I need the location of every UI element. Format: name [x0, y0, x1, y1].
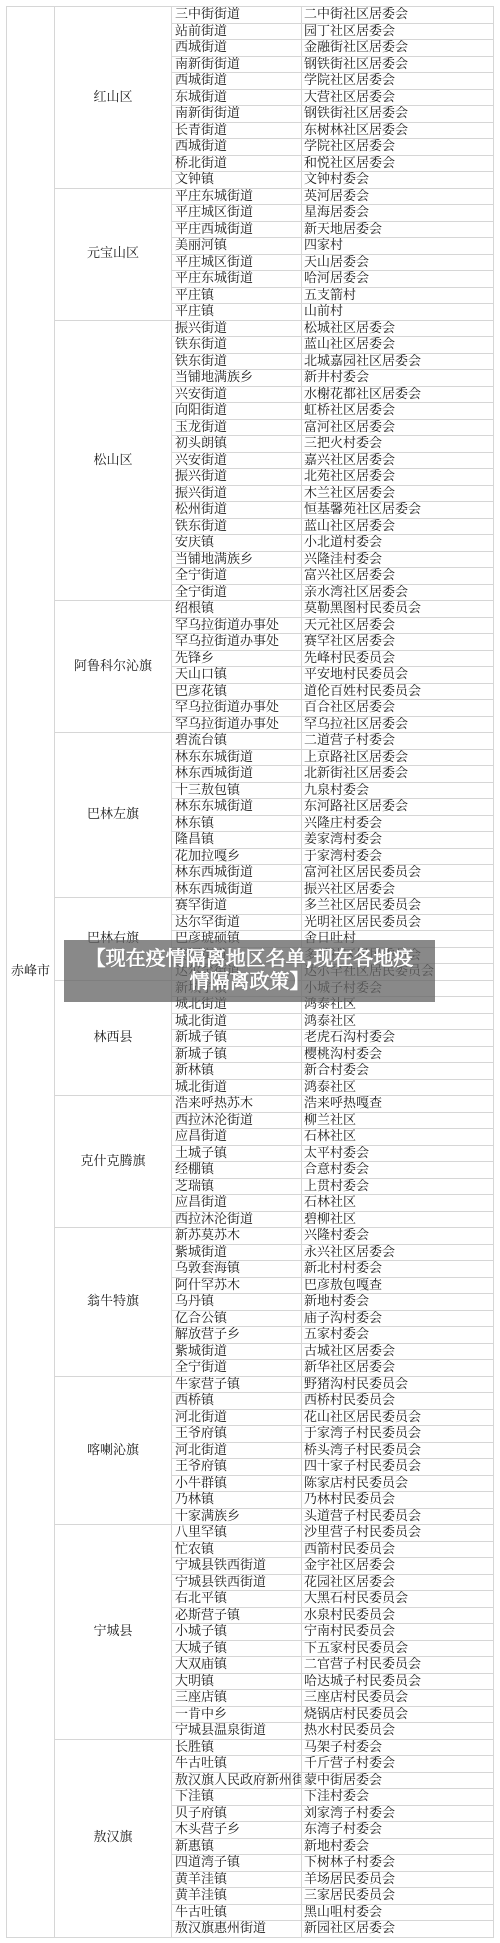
district-cell: 红山区: [55, 7, 172, 189]
street-cell: 阿什罕苏木: [172, 1278, 302, 1295]
community-cell: 天元社区居委会: [302, 618, 494, 635]
street-cell: 美丽河镇: [172, 238, 302, 255]
street-cell: 西桥镇: [172, 1393, 302, 1410]
street-cell: 东城街道: [172, 90, 302, 107]
community-cell: 樱桃沟村委会: [302, 1047, 494, 1064]
district-label: 林西县: [93, 1030, 132, 1046]
community-cell: 东树林社区居委会: [302, 123, 494, 140]
district-cell: 松山区: [55, 321, 172, 602]
street-cell: 乃林镇: [172, 1492, 302, 1509]
street-cell: 新城子镇: [172, 1047, 302, 1064]
community-cell: 兴隆洼村委会: [302, 552, 494, 569]
street-cell: 必斯营子镇: [172, 1608, 302, 1625]
street-cell: 王爷府镇: [172, 1426, 302, 1443]
street-cell: 乌丹镇: [172, 1294, 302, 1311]
community-cell: 上京路社区居委会: [302, 750, 494, 767]
community-cell: 三座店村民委员会: [302, 1690, 494, 1707]
street-cell: 西拉沐沦街道: [172, 1212, 302, 1229]
community-cell: 钢铁街社区居委会: [302, 57, 494, 74]
community-cell: 松城社区居委会: [302, 321, 494, 338]
community-cell: 碧柳社区: [302, 1212, 494, 1229]
community-cell: 石林社区: [302, 1195, 494, 1212]
banner-title-line-2: 情隔离政策】: [64, 970, 435, 993]
street-cell: 林东西城街道: [172, 766, 302, 783]
district-label: 喀喇沁旗: [87, 1443, 139, 1459]
district-label: 敖汉旗: [93, 1830, 132, 1846]
community-cell: 亲水湾社区居委会: [302, 585, 494, 602]
community-cell: 莫勒黑图村民委员会: [302, 601, 494, 618]
street-cell: 站前街道: [172, 24, 302, 41]
street-cell: 新惠镇: [172, 1839, 302, 1856]
community-cell: 平安地村民委员会: [302, 667, 494, 684]
community-cell: 二官营子村民委员会: [302, 1657, 494, 1674]
city-cell: 赤峰市: [7, 7, 55, 1938]
street-cell: 平庄东城街道: [172, 189, 302, 206]
street-cell: 宁城县铁西街道: [172, 1575, 302, 1592]
street-cell: 平庄城区街道: [172, 205, 302, 222]
street-cell: 新林镇: [172, 1063, 302, 1080]
community-cell: 沙里营子村民委员会: [302, 1525, 494, 1542]
community-cell: 兴隆庄村委会: [302, 816, 494, 833]
street-cell: 三中街街道: [172, 7, 302, 24]
street-cell: 应昌街道: [172, 1195, 302, 1212]
street-cell: 当铺地满族乡: [172, 370, 302, 387]
district-label: 松山区: [93, 453, 132, 469]
street-cell: 一肯中乡: [172, 1707, 302, 1724]
street-cell: 天山口镇: [172, 667, 302, 684]
street-cell: 长胜镇: [172, 1740, 302, 1757]
community-cell: 北苑社区居委会: [302, 469, 494, 486]
street-cell: 忙农镇: [172, 1542, 302, 1559]
street-cell: 大明镇: [172, 1674, 302, 1691]
street-cell: 四道湾子镇: [172, 1855, 302, 1872]
community-cell: 天山居委会: [302, 255, 494, 272]
street-cell: 解放营子乡: [172, 1327, 302, 1344]
community-cell: 恒基馨苑社区居委会: [302, 502, 494, 519]
community-cell: 山前村: [302, 304, 494, 321]
street-cell: 小牛群镇: [172, 1476, 302, 1493]
community-cell: 花园社区居委会: [302, 1575, 494, 1592]
street-cell: 乌敦套海镇: [172, 1261, 302, 1278]
community-cell: 道伦百姓村民委员会: [302, 684, 494, 701]
community-cell: 木兰社区居委会: [302, 486, 494, 503]
community-cell: 英河居委会: [302, 189, 494, 206]
street-cell: 平庄城区街道: [172, 255, 302, 272]
article-title-banner: 【现在疫情隔离地区名单,现在各地疫 情隔离政策】: [64, 940, 435, 1002]
community-cell: 大黑石村民委员会: [302, 1591, 494, 1608]
community-cell: 太平村委会: [302, 1146, 494, 1163]
street-cell: 宁城县温泉街道: [172, 1723, 302, 1740]
street-cell: 十三敖包镇: [172, 783, 302, 800]
street-cell: 林东西城街道: [172, 882, 302, 899]
street-cell: 平庄镇: [172, 304, 302, 321]
street-cell: 黄羊洼镇: [172, 1872, 302, 1889]
district-label: 宁城县: [93, 1624, 132, 1640]
street-cell: 十家满族乡: [172, 1509, 302, 1526]
street-cell: 紫城街道: [172, 1344, 302, 1361]
community-cell: 乃林村民委员会: [302, 1492, 494, 1509]
community-cell: 学院社区居委会: [302, 139, 494, 156]
district-cell: 巴林左旗: [55, 733, 172, 898]
district-label: 巴林左旗: [87, 807, 139, 823]
community-cell: 老虎石沟村委会: [302, 1030, 494, 1047]
community-cell: 陈家店村民委员会: [302, 1476, 494, 1493]
street-cell: 兴安街道: [172, 453, 302, 470]
street-cell: 三座店镇: [172, 1690, 302, 1707]
street-cell: 林东镇: [172, 816, 302, 833]
community-cell: 上贯村委会: [302, 1179, 494, 1196]
street-cell: 平庄镇: [172, 288, 302, 305]
community-cell: 鸿泰社区: [302, 1080, 494, 1097]
street-cell: 隆昌镇: [172, 832, 302, 849]
community-cell: 金融街社区居委会: [302, 40, 494, 57]
community-cell: 蒙中街居委会: [302, 1773, 494, 1790]
street-cell: 亿合公镇: [172, 1311, 302, 1328]
street-cell: 右北平镇: [172, 1591, 302, 1608]
district-cell: 宁城县: [55, 1525, 172, 1740]
community-cell: 羊场居民委员会: [302, 1872, 494, 1889]
street-cell: 全宁街道: [172, 1360, 302, 1377]
community-cell: 嘉兴社区居委会: [302, 453, 494, 470]
community-cell: 西桥村民委员会: [302, 1393, 494, 1410]
community-cell: 五家村委会: [302, 1327, 494, 1344]
community-cell: 古城社区居委会: [302, 1344, 494, 1361]
community-cell: 刘家湾子村委会: [302, 1806, 494, 1823]
community-cell: 园丁社区居委会: [302, 24, 494, 41]
community-cell: 百合社区居委会: [302, 700, 494, 717]
street-cell: 芝瑞镇: [172, 1179, 302, 1196]
community-cell: 永兴社区居委会: [302, 1245, 494, 1262]
community-cell: 东湾子村委会: [302, 1822, 494, 1839]
community-cell: 新天地居委会: [302, 222, 494, 239]
street-cell: 小城子镇: [172, 1624, 302, 1641]
street-cell: 土城子镇: [172, 1146, 302, 1163]
district-label: 翁牛特旗: [87, 1294, 139, 1310]
community-cell: 浩来呼热嘎查: [302, 1096, 494, 1113]
community-cell: 下洼村委会: [302, 1789, 494, 1806]
street-cell: 城北街道: [172, 1080, 302, 1097]
community-cell: 新合村委会: [302, 1063, 494, 1080]
community-cell: 赛罕社区居委会: [302, 634, 494, 651]
street-cell: 振兴街道: [172, 321, 302, 338]
street-cell: 平庄东城街道: [172, 271, 302, 288]
street-cell: 牛古吐镇: [172, 1905, 302, 1922]
community-cell: 巴彦敖包嘎查: [302, 1278, 494, 1295]
street-cell: 牛古吐镇: [172, 1756, 302, 1773]
street-cell: 安庆镇: [172, 535, 302, 552]
street-cell: 赛罕街道: [172, 898, 302, 915]
community-cell: 头道营子村民委员会: [302, 1509, 494, 1526]
community-cell: 蓝山社区居委会: [302, 519, 494, 536]
street-cell: 初头朗镇: [172, 436, 302, 453]
street-cell: 西城街道: [172, 139, 302, 156]
community-cell: 千斤营子村委会: [302, 1756, 494, 1773]
community-cell: 桥头湾子村民委员会: [302, 1443, 494, 1460]
district-cell: 喀喇沁旗: [55, 1377, 172, 1526]
community-cell: 新华社区居委会: [302, 1360, 494, 1377]
street-cell: 铁东街道: [172, 519, 302, 536]
community-cell: 烧锅店村民委员会: [302, 1707, 494, 1724]
community-cell: 北新街社区居委会: [302, 766, 494, 783]
city-label: 赤峰市: [11, 964, 50, 980]
community-cell: 富河社区居委会: [302, 420, 494, 437]
community-cell: 石林社区: [302, 1129, 494, 1146]
community-cell: 蓝山社区居委会: [302, 337, 494, 354]
district-cell: 阿鲁科尔沁旗: [55, 601, 172, 733]
community-cell: 二中街社区居委会: [302, 7, 494, 24]
street-cell: 长青街道: [172, 123, 302, 140]
district-cell: 克什克腾旗: [55, 1096, 172, 1228]
community-cell: 马架子村委会: [302, 1740, 494, 1757]
street-cell: 敖汉旗惠州街道: [172, 1921, 302, 1938]
district-cell: 敖汉旗: [55, 1740, 172, 1938]
community-cell: 新地村委会: [302, 1294, 494, 1311]
community-cell: 下五家村民委员会: [302, 1641, 494, 1658]
street-cell: 黄羊洼镇: [172, 1888, 302, 1905]
community-cell: 黑山咀村委会: [302, 1905, 494, 1922]
community-cell: 振兴社区居委会: [302, 882, 494, 899]
community-cell: 水榭花都社区居委会: [302, 387, 494, 404]
street-cell: 紫城街道: [172, 1245, 302, 1262]
street-cell: 罕乌拉街道办事处: [172, 634, 302, 651]
street-cell: 花加拉嘎乡: [172, 849, 302, 866]
street-cell: 当铺地满族乡: [172, 552, 302, 569]
district-label: 红山区: [93, 90, 132, 106]
street-cell: 南新街街道: [172, 57, 302, 74]
community-cell: 多兰社区居民委员会: [302, 898, 494, 915]
street-cell: 敖汉旗人民政府新州街道: [172, 1773, 302, 1790]
community-cell: 鸿泰社区: [302, 1014, 494, 1031]
street-cell: 贝子府镇: [172, 1806, 302, 1823]
community-cell: 罕乌拉社区居委会: [302, 717, 494, 734]
street-cell: 林东东城街道: [172, 799, 302, 816]
street-cell: 西城街道: [172, 73, 302, 90]
community-cell: 姜家湾村委会: [302, 832, 494, 849]
community-cell: 新园社区居委会: [302, 1921, 494, 1938]
community-cell: 富河社区居民委员会: [302, 865, 494, 882]
street-cell: 罕乌拉街道办事处: [172, 700, 302, 717]
community-cell: 文钟村委会: [302, 172, 494, 189]
community-cell: 金宇社区居委会: [302, 1558, 494, 1575]
street-cell: 应昌街道: [172, 1129, 302, 1146]
community-cell: 五支箭村: [302, 288, 494, 305]
community-cell: 庙子沟村委会: [302, 1311, 494, 1328]
community-cell: 大营社区居委会: [302, 90, 494, 107]
community-cell: 星海居委会: [302, 205, 494, 222]
community-cell: 学院社区居委会: [302, 73, 494, 90]
community-cell: 三把火村委会: [302, 436, 494, 453]
street-cell: 平庄西城街道: [172, 222, 302, 239]
street-cell: 文钟镇: [172, 172, 302, 189]
street-cell: 玉龙街道: [172, 420, 302, 437]
community-cell: 下树林子村委会: [302, 1855, 494, 1872]
community-cell: 兴隆村委会: [302, 1228, 494, 1245]
street-cell: 松州街道: [172, 502, 302, 519]
community-cell: 和悦社区居委会: [302, 156, 494, 173]
district-label: 阿鲁科尔沁旗: [74, 659, 152, 675]
community-cell: 北城嘉园社区居委会: [302, 354, 494, 371]
street-cell: 达尔罕街道: [172, 915, 302, 932]
community-cell: 热水村民委员会: [302, 1723, 494, 1740]
street-cell: 绍根镇: [172, 601, 302, 618]
street-cell: 振兴街道: [172, 486, 302, 503]
street-cell: 全宁街道: [172, 585, 302, 602]
district-label: 元宝山区: [87, 246, 139, 262]
street-cell: 河北街道: [172, 1443, 302, 1460]
community-cell: 哈达城子村民委员会: [302, 1674, 494, 1691]
community-cell: 四家村: [302, 238, 494, 255]
street-cell: 罕乌拉街道办事处: [172, 618, 302, 635]
community-cell: 新北村村委会: [302, 1261, 494, 1278]
street-cell: 八里罕镇: [172, 1525, 302, 1542]
street-cell: 碧流台镇: [172, 733, 302, 750]
community-cell: 新地村委会: [302, 1839, 494, 1856]
community-cell: 四十家子村民委员会: [302, 1459, 494, 1476]
street-cell: 牛家营子镇: [172, 1377, 302, 1394]
community-cell: 小北道村委会: [302, 535, 494, 552]
community-cell: 于家湾子村民委员会: [302, 1426, 494, 1443]
banner-title-line-1: 【现在疫情隔离地区名单,现在各地疫: [64, 947, 435, 970]
street-cell: 宁城县铁西街道: [172, 1558, 302, 1575]
street-cell: 林东西城街道: [172, 865, 302, 882]
street-cell: 向阳街道: [172, 403, 302, 420]
community-cell: 合意村委会: [302, 1162, 494, 1179]
community-cell: 光明社区居民委员会: [302, 915, 494, 932]
street-cell: 新苏莫苏木: [172, 1228, 302, 1245]
community-cell: 富兴社区居委会: [302, 568, 494, 585]
district-cell: 元宝山区: [55, 189, 172, 321]
street-cell: 全宁街道: [172, 568, 302, 585]
community-cell: 哈河居委会: [302, 271, 494, 288]
street-cell: 罕乌拉街道办事处: [172, 717, 302, 734]
community-cell: 西箭村民委员会: [302, 1542, 494, 1559]
street-cell: 新城子镇: [172, 1030, 302, 1047]
street-cell: 桥北街道: [172, 156, 302, 173]
community-cell: 三家居民委员会: [302, 1888, 494, 1905]
community-cell: 九泉村委会: [302, 783, 494, 800]
street-cell: 兴安街道: [172, 387, 302, 404]
community-cell: 东河路社区居委会: [302, 799, 494, 816]
street-cell: 西拉沐沦街道: [172, 1113, 302, 1130]
street-cell: 城北街道: [172, 1014, 302, 1031]
community-cell: 二道营子村委会: [302, 733, 494, 750]
street-cell: 下洼镇: [172, 1789, 302, 1806]
community-cell: 花山社区居民委员会: [302, 1410, 494, 1427]
street-cell: 木头营子乡: [172, 1822, 302, 1839]
street-cell: 林东东城街道: [172, 750, 302, 767]
street-cell: 河北街道: [172, 1410, 302, 1427]
street-cell: 铁东街道: [172, 337, 302, 354]
street-cell: 先锋乡: [172, 651, 302, 668]
community-cell: 于家湾村委会: [302, 849, 494, 866]
community-cell: 虹桥社区居委会: [302, 403, 494, 420]
community-cell: 水泉村民委员会: [302, 1608, 494, 1625]
community-cell: 野猪沟村民委员会: [302, 1377, 494, 1394]
street-cell: 西城街道: [172, 40, 302, 57]
community-cell: 钢铁街社区居委会: [302, 106, 494, 123]
street-cell: 经棚镇: [172, 1162, 302, 1179]
community-cell: 宁南村民委员会: [302, 1624, 494, 1641]
street-cell: 铁东街道: [172, 354, 302, 371]
street-cell: 南新街街道: [172, 106, 302, 123]
street-cell: 大双庙镇: [172, 1657, 302, 1674]
community-cell: 柳兰社区: [302, 1113, 494, 1130]
community-cell: 新井村委会: [302, 370, 494, 387]
street-cell: 王爷府镇: [172, 1459, 302, 1476]
district-cell: 翁牛特旗: [55, 1228, 172, 1377]
community-cell: 先峰村民委员会: [302, 651, 494, 668]
district-label: 克什克腾旗: [80, 1154, 145, 1170]
street-cell: 振兴街道: [172, 469, 302, 486]
street-cell: 浩来呼热苏木: [172, 1096, 302, 1113]
street-cell: 大城子镇: [172, 1641, 302, 1658]
street-cell: 巴彦花镇: [172, 684, 302, 701]
